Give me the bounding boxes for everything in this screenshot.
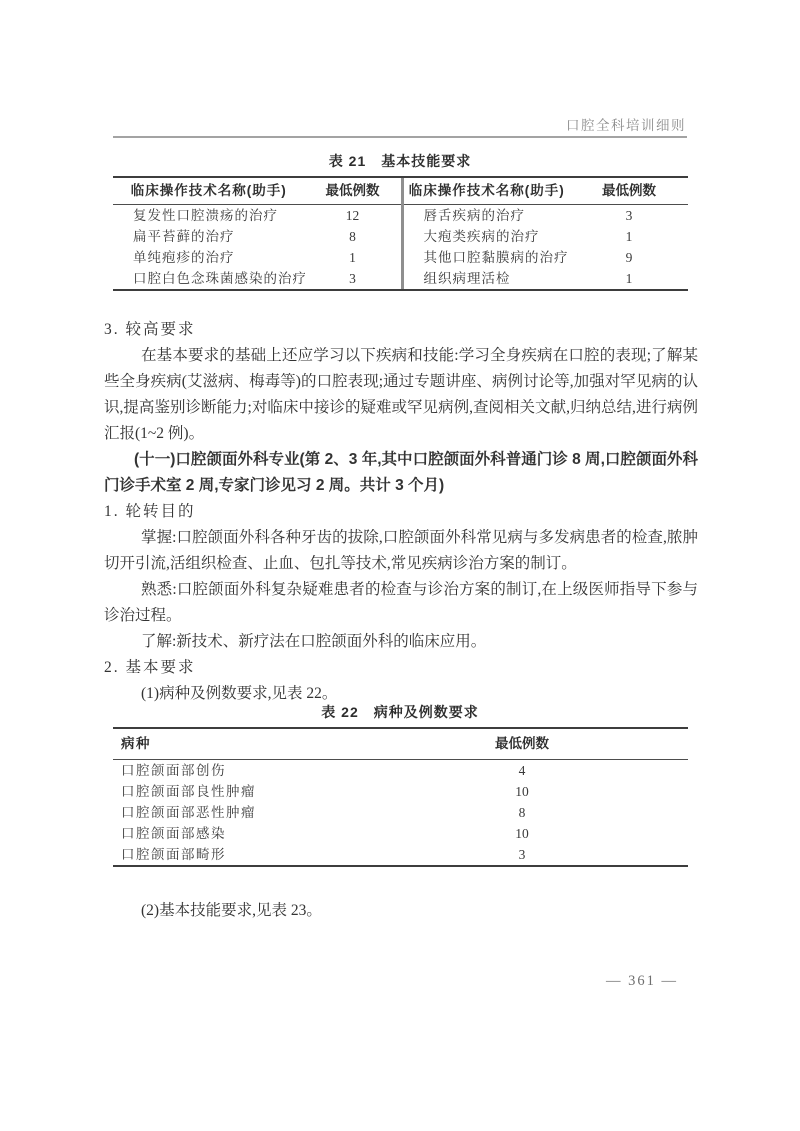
paragraph-skill-requirements: (2)基本技能要求,见表 23。: [104, 898, 698, 924]
table-row: 单纯疱疹的治疗 1: [113, 247, 401, 268]
min-cases-value: 12: [305, 205, 401, 226]
procedure-name: 扁平苔藓的治疗: [113, 226, 305, 247]
min-cases-value: 3: [305, 268, 401, 289]
heading-rotation-purpose: 1. 轮转目的: [104, 499, 698, 525]
min-cases-value: 1: [570, 226, 688, 247]
disease-name: 口腔颌面部创伤: [113, 760, 477, 781]
running-header: 口腔全科培训细则: [104, 114, 686, 134]
min-cases-value: 4: [477, 760, 567, 781]
table-row: 唇舌疾病的治疗 3: [404, 205, 689, 226]
min-cases-value: 9: [570, 247, 688, 268]
table-row: 口腔颌面部恶性肿瘤 8: [113, 802, 688, 823]
table21-title: 表 21 基本技能要求: [0, 151, 800, 171]
column-header-min-cases: 最低例数: [477, 729, 567, 759]
procedure-name: 其他口腔黏膜病的治疗: [404, 247, 571, 268]
min-cases-value: 3: [570, 205, 688, 226]
row-spacer: [567, 802, 688, 823]
table21-right-half: 临床操作技术名称(助手) 最低例数 唇舌疾病的治疗 3 大疱类疾病的治疗 1 其…: [401, 178, 689, 289]
procedure-name: 唇舌疾病的治疗: [404, 205, 571, 226]
procedure-name: 组织病理活检: [404, 268, 571, 289]
disease-name: 口腔颌面部感染: [113, 823, 477, 844]
paragraph-master: 掌握:口腔颌面外科各种牙齿的拔除,口腔颌面外科常见病与多发病患者的检查,脓肿切开…: [104, 525, 698, 577]
row-spacer: [567, 781, 688, 802]
min-cases-value: 1: [570, 268, 688, 289]
header-rule: [113, 136, 687, 138]
column-header-min-cases: 最低例数: [305, 178, 401, 204]
procedure-name: 单纯疱疹的治疗: [113, 247, 305, 268]
table-row: 大疱类疾病的治疗 1: [404, 226, 689, 247]
disease-name: 口腔颌面部恶性肿瘤: [113, 802, 477, 823]
table-row: 组织病理活检 1: [404, 268, 689, 289]
table22-header-row: 病种 最低例数: [113, 729, 688, 760]
table-row: 口腔颌面部良性肿瘤 10: [113, 781, 688, 802]
disease-name: 口腔颌面部良性肿瘤: [113, 781, 477, 802]
table-row: 口腔颌面部畸形 3: [113, 844, 688, 865]
column-header-disease: 病种: [113, 729, 477, 759]
paragraph-understand: 了解:新技术、新疗法在口腔颌面外科的临床应用。: [104, 629, 698, 655]
procedure-name: 复发性口腔溃疡的治疗: [113, 205, 305, 226]
paragraph-higher-requirements: 在基本要求的基础上还应学习以下疾病和技能:学习全身疾病在口腔的表现;了解某些全身…: [104, 343, 698, 447]
table-row: 口腔颌面部创伤 4: [113, 760, 688, 781]
min-cases-value: 3: [477, 844, 567, 865]
paragraph-familiar: 熟悉:口腔颌面外科复杂疑难患者的检查与诊治方案的制订,在上级医师指导下参与诊治过…: [104, 577, 698, 629]
disease-name: 口腔颌面部畸形: [113, 844, 477, 865]
header-spacer: [567, 729, 688, 759]
table-row: 复发性口腔溃疡的治疗 12: [113, 205, 401, 226]
table21-right-header-row: 临床操作技术名称(助手) 最低例数: [404, 178, 689, 205]
table-row: 口腔白色念珠菌感染的治疗 3: [113, 268, 401, 289]
min-cases-value: 10: [477, 781, 567, 802]
column-header-procedure-name: 临床操作技术名称(助手): [404, 178, 571, 204]
table-row: 口腔颌面部感染 10: [113, 823, 688, 844]
procedure-name: 口腔白色念珠菌感染的治疗: [113, 268, 305, 289]
final-paragraph-block: (2)基本技能要求,见表 23。: [104, 898, 698, 924]
page-number: — 361 —: [606, 973, 678, 990]
procedure-name: 大疱类疾病的治疗: [404, 226, 571, 247]
body-text-block: 3. 较高要求 在基本要求的基础上还应学习以下疾病和技能:学习全身疾病在口腔的表…: [104, 317, 698, 707]
min-cases-value: 8: [477, 802, 567, 823]
column-header-procedure-name: 临床操作技术名称(助手): [113, 178, 305, 204]
column-header-min-cases: 最低例数: [570, 178, 688, 204]
table-row: 扁平苔藓的治疗 8: [113, 226, 401, 247]
min-cases-value: 10: [477, 823, 567, 844]
table22-title: 表 22 病种及例数要求: [0, 702, 800, 722]
heading-basic-requirements: 2. 基本要求: [104, 655, 698, 681]
table21-left-half: 临床操作技术名称(助手) 最低例数 复发性口腔溃疡的治疗 12 扁平苔藓的治疗 …: [113, 178, 401, 289]
table21-left-header-row: 临床操作技术名称(助手) 最低例数: [113, 178, 401, 205]
table22: 病种 最低例数 口腔颌面部创伤 4 口腔颌面部良性肿瘤 10 口腔颌面部恶性肿瘤…: [113, 727, 688, 867]
min-cases-value: 8: [305, 226, 401, 247]
table21: 临床操作技术名称(助手) 最低例数 复发性口腔溃疡的治疗 12 扁平苔藓的治疗 …: [113, 176, 688, 291]
row-spacer: [567, 823, 688, 844]
row-spacer: [567, 760, 688, 781]
table-row: 其他口腔黏膜病的治疗 9: [404, 247, 689, 268]
heading-higher-requirements: 3. 较高要求: [104, 317, 698, 343]
heading-section-11: (十一)口腔颌面外科专业(第 2、3 年,其中口腔颌面外科普通门诊 8 周,口腔…: [104, 447, 698, 499]
row-spacer: [567, 844, 688, 865]
min-cases-value: 1: [305, 247, 401, 268]
